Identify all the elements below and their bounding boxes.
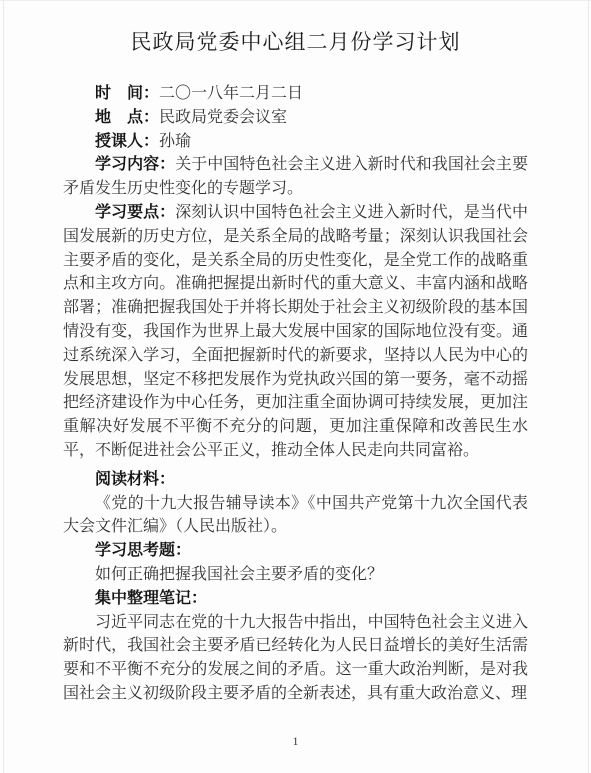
section-paragraph-study-content: 学习内容：关于中国特色社会主义进入新时代和我国社会主要矛盾发生历史性变化的专题学… <box>63 153 528 201</box>
section-heading-organized-notes: 集中整理笔记： <box>63 587 528 611</box>
scan-edge-right <box>588 0 589 773</box>
meta-label-time: 时 间： <box>95 85 159 102</box>
meta-row-lecturer: 授课人：孙瑜 <box>63 130 528 154</box>
scan-edge-top <box>0 0 591 1</box>
meta-value-lecturer: 孙瑜 <box>159 133 191 150</box>
meta-label-place: 地 点： <box>95 109 159 126</box>
section-paragraph-study-points: 学习要点：深刻认识中国特色社会主义进入新时代，是当代中国发展新的历史方位，是关系… <box>63 201 528 463</box>
section-text-study-question: 如何正确把握我国社会主要矛盾的变化？ <box>63 563 528 587</box>
meta-row-time: 时 间：二〇一八年二月二日 <box>63 82 528 106</box>
scan-edge-left <box>3 0 4 773</box>
meta-value-time: 二〇一八年二月二日 <box>159 85 303 102</box>
section-label-study-points: 学习要点： <box>95 204 175 221</box>
section-text-reading-materials: 《党的十九大报告辅导读本》《中国共产党第十九次全国代表大会文件汇编》（人民出版社… <box>63 492 528 540</box>
page-number: 1 <box>0 734 591 749</box>
section-text-organized-notes: 习近平同志在党的十九大报告中指出，中国特色社会主义进入新时代，我国社会主要矛盾已… <box>63 611 528 706</box>
page-title: 民政局党委中心组二月份学习计划 <box>0 27 591 57</box>
document-body: 时 间：二〇一八年二月二日 地 点：民政局党委会议室 授课人：孙瑜 学习内容：关… <box>63 82 528 706</box>
meta-label-lecturer: 授课人： <box>95 133 159 150</box>
meta-row-place: 地 点：民政局党委会议室 <box>63 106 528 130</box>
document-page: 民政局党委中心组二月份学习计划 时 间：二〇一八年二月二日 地 点：民政局党委会… <box>0 0 591 773</box>
section-label-study-content: 学习内容： <box>95 156 175 173</box>
section-text-study-points: 深刻认识中国特色社会主义进入新时代，是当代中国发展新的历史方位，是关系全局的战略… <box>63 204 528 459</box>
section-heading-study-question: 学习思考题： <box>63 539 528 563</box>
meta-value-place: 民政局党委会议室 <box>159 109 287 126</box>
section-heading-reading-materials: 阅读材料： <box>63 468 528 492</box>
